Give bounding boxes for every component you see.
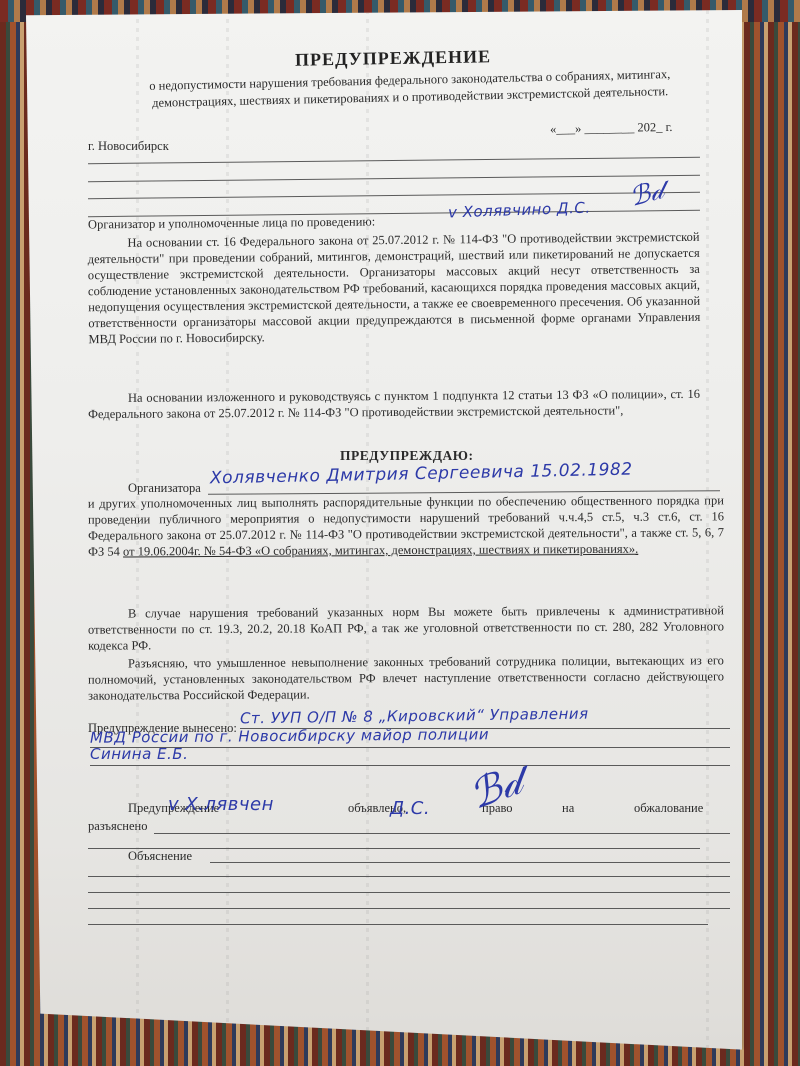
warning-document: ПРЕДУПРЕЖДЕНИЕ о недопустимости нарушени…	[26, 10, 742, 1050]
signature-large: ℬ𝒹	[469, 772, 523, 806]
announced-initials: Д.С.	[390, 800, 430, 817]
announced-word-4: на	[562, 800, 574, 817]
paragraph-obligations: и других уполномоченных лиц выполнять ра…	[88, 492, 724, 559]
document-subtitle: о недопустимости нарушения требования фе…	[110, 65, 711, 113]
paragraph-liability: В случае нарушения требований указанных …	[88, 602, 724, 653]
warn-heading: ПРЕДУПРЕЖДАЮ:	[340, 447, 473, 464]
blank-line	[154, 833, 730, 834]
announced-handwritten: v Х.лявчен	[168, 796, 274, 813]
announced-word-5: обжалование	[634, 800, 703, 817]
issued-handwritten-line-1: Ст. УУП О/П № 8 „Кировский“ Управления	[240, 706, 589, 728]
date-field: «___» ________ 202_ г.	[550, 119, 673, 138]
explanation-line	[88, 892, 730, 893]
blank-line	[90, 765, 730, 766]
explanation-line	[88, 908, 730, 909]
signature: ℬ𝒹	[628, 182, 665, 207]
explanation-line	[88, 876, 730, 877]
organizer-label: Организатор и уполномоченные лица по про…	[88, 213, 375, 233]
paragraph-legal-basis: На основании ст. 16 Федерального закона …	[87, 229, 700, 347]
announced-word-6: разъяснено	[88, 818, 147, 835]
blank-line	[88, 192, 700, 199]
paragraph-grounds: На основании изложенного и руководствуяс…	[88, 386, 700, 422]
document-title: ПРЕДУПРЕЖДЕНИЕ	[295, 48, 491, 68]
issued-handwritten-line-2: МВД России по г. Новосибирску майор поли…	[90, 726, 489, 746]
blank-line	[88, 157, 700, 164]
organizer2-handwritten: Холявченко Дмитрия Сергеевича 15.02.1982	[210, 462, 633, 488]
obligations-law-reference: от 19.06.2004г. № 54-ФЗ «О собраниях, ми…	[123, 542, 638, 559]
organizer-handwritten: v Холявчино Д.С.	[448, 200, 591, 222]
explanation-line	[88, 924, 708, 925]
blank-line	[88, 175, 700, 182]
paragraph-explanation: Разъясняю, что умышленное невыполнение з…	[88, 652, 724, 703]
city-label: г. Новосибирск	[88, 138, 169, 155]
explanation-label: Объяснение	[128, 848, 192, 865]
explanation-line	[210, 862, 730, 863]
issued-handwritten-line-3: Синина Е.Б.	[90, 746, 188, 763]
